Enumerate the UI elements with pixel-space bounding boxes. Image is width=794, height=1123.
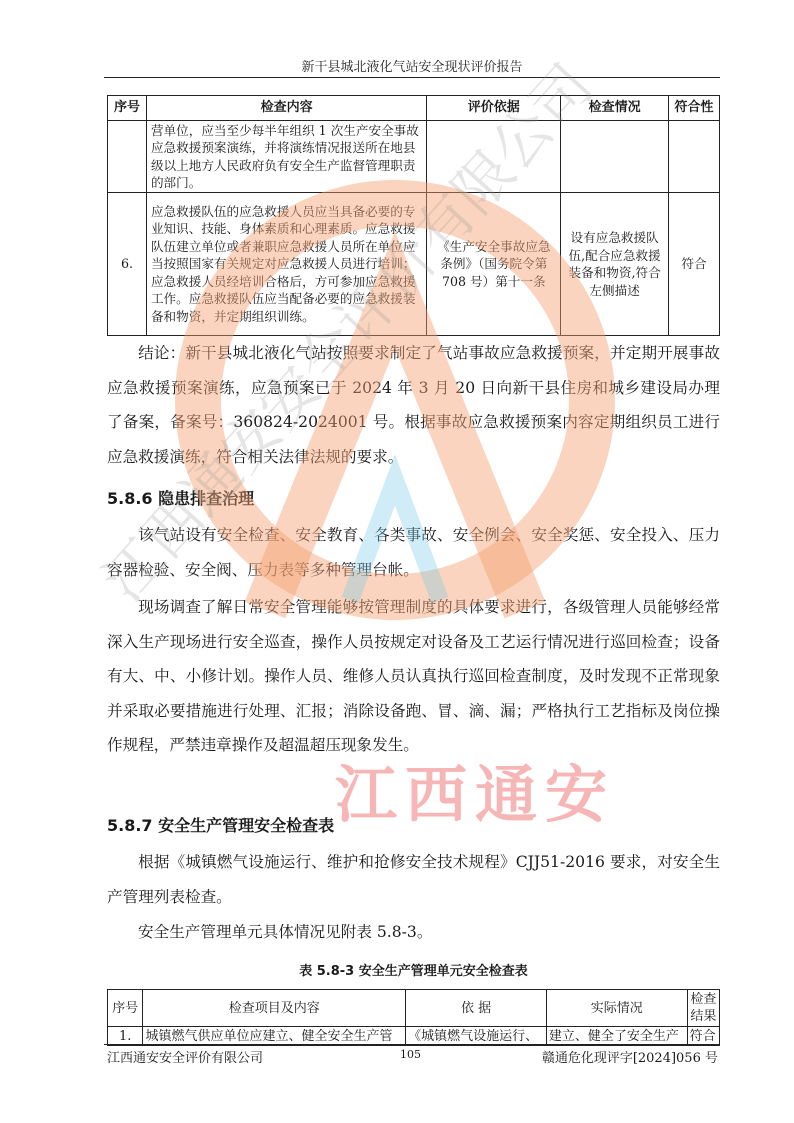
cell-no: 6.	[108, 193, 147, 336]
cell-no	[108, 121, 147, 193]
table-caption: 表 5.8-3 安全生产管理单元安全检查表	[107, 960, 720, 979]
paragraph-text: 现场调查了解日常安全管理能够按管理制度的具体要求进行，各级管理人员能够经常深入生…	[107, 598, 720, 754]
col-header-content: 检查内容	[146, 96, 426, 121]
col-header-result: 检查结果	[687, 990, 719, 1027]
col-header-status: 实际情况	[546, 990, 687, 1027]
paragraph-ledgers: 该气站设有安全检查、安全教育、各类事故、安全例会、安全奖惩、安全投入、压力容器检…	[107, 518, 720, 587]
cell-status	[561, 121, 669, 193]
col-header-content: 检查项目及内容	[143, 990, 406, 1027]
cell-content: 营单位，应当至少每半年组织 1 次生产安全事故应急救援预案演练，并将演练情况报送…	[146, 121, 426, 193]
page-number: 105	[400, 1048, 421, 1061]
cell-result: 符合	[687, 1027, 719, 1046]
table-header-row: 序号 检查内容 评价依据 检查情况 符合性	[108, 96, 720, 121]
table-row: 营单位，应当至少每半年组织 1 次生产安全事故应急救援预案演练，并将演练情况报送…	[108, 121, 720, 193]
col-header-result: 符合性	[669, 96, 720, 121]
section-heading-586: 5.8.6 隐患排查治理	[107, 486, 254, 509]
col-header-no: 序号	[108, 990, 143, 1027]
col-header-basis: 评价依据	[427, 96, 561, 121]
footer-doc-number: 赣通危化现评字[2024]056 号	[542, 1047, 718, 1066]
header-divider	[104, 77, 720, 78]
paragraph-text: 该气站设有安全检查、安全教育、各类事故、安全例会、安全奖惩、安全投入、压力容器检…	[107, 526, 720, 579]
cell-basis: 《生产安全事故应急条例》（国务院令第 708 号）第十一条	[427, 193, 561, 336]
cell-result	[669, 121, 720, 193]
footer-divider	[104, 1044, 720, 1045]
paragraph-text: 安全生产管理单元具体情况见附表 5.8-3。	[138, 923, 432, 941]
page-header-title: 新干县城北液化气站安全现状评价报告	[104, 56, 720, 75]
table-row: 6. 应急救援队伍的应急救援人员应当具备必要的专业知识、技能、身体素质和心理素质…	[108, 193, 720, 336]
footer-company: 江西通安安全评价有限公司	[107, 1047, 263, 1066]
cell-result: 符合	[669, 193, 720, 336]
cell-basis	[427, 121, 561, 193]
safety-management-check-table: 序号 检查项目及内容 依 据 实际情况 检查结果 1. 城镇燃气供应单位应建立、…	[107, 989, 720, 1046]
paragraph-standard: 根据《城镇燃气设施运行、维护和抢修安全技术规程》CJJ51-2016 要求，对安…	[107, 845, 720, 914]
cell-content: 城镇燃气供应单位应建立、健全安全生产管	[143, 1027, 406, 1046]
paragraph-text: 根据《城镇燃气设施运行、维护和抢修安全技术规程》CJJ51-2016 要求，对安…	[107, 853, 720, 906]
table-header-row: 序号 检查项目及内容 依 据 实际情况 检查结果	[108, 990, 720, 1027]
section-heading-587: 5.8.7 安全生产管理安全检查表	[107, 813, 334, 836]
cell-no: 1.	[108, 1027, 143, 1046]
cell-basis: 《城镇燃气设施运行、	[406, 1027, 547, 1046]
table-row: 1. 城镇燃气供应单位应建立、健全安全生产管 《城镇燃气设施运行、 建立、健全了…	[108, 1027, 720, 1046]
conclusion-paragraph: 结论：新干县城北液化气站按照要求制定了气站事故应急救援预案，并定期开展事故应急救…	[107, 336, 720, 474]
col-header-status: 检查情况	[561, 96, 669, 121]
conclusion-text: 结论：新干县城北液化气站按照要求制定了气站事故应急救援预案，并定期开展事故应急救…	[107, 344, 720, 466]
cell-status: 设有应急救援队伍,配合应急救援装备和物资,符合左侧描述	[561, 193, 669, 336]
cell-status: 建立、健全了安全生产	[546, 1027, 687, 1046]
emergency-check-table: 序号 检查内容 评价依据 检查情况 符合性 营单位，应当至少每半年组织 1 次生…	[107, 95, 720, 336]
paragraph-inspection: 现场调查了解日常安全管理能够按管理制度的具体要求进行，各级管理人员能够经常深入生…	[107, 590, 720, 763]
cell-content: 应急救援队伍的应急救援人员应当具备必要的专业知识、技能、身体素质和心理素质。应急…	[146, 193, 426, 336]
col-header-no: 序号	[108, 96, 147, 121]
col-header-basis: 依 据	[406, 990, 547, 1027]
paragraph-table-ref: 安全生产管理单元具体情况见附表 5.8-3。	[107, 915, 720, 950]
